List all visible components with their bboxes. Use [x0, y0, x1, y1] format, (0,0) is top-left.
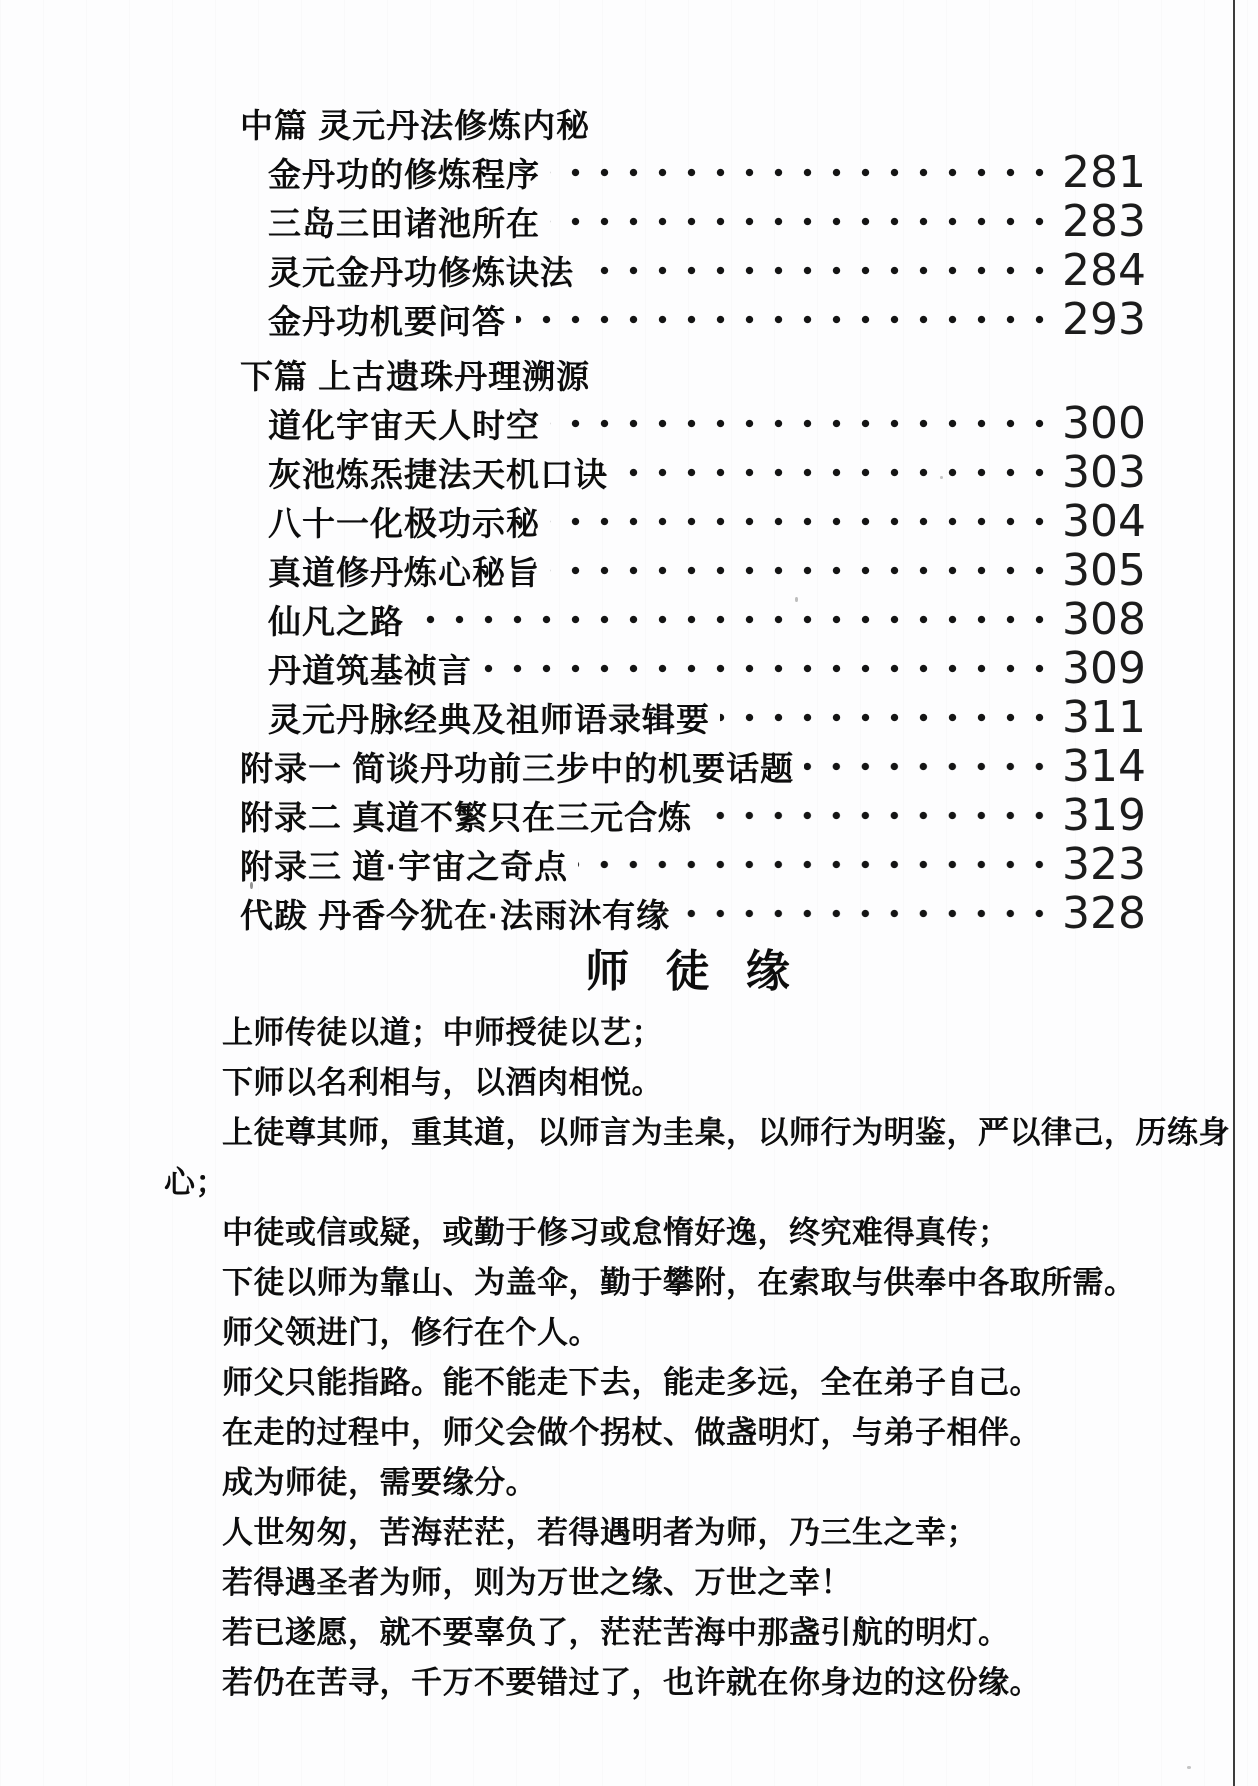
dot-leader: [680, 889, 1054, 938]
table-of-contents: 中篇 灵元丹法修炼内秘 金丹功的修炼程序 281 三岛三田诸池所在 283 灵元…: [240, 99, 1140, 938]
toc-page-number: 323: [1062, 839, 1140, 890]
toc-page-number: 308: [1062, 594, 1140, 645]
dot-leader: [804, 742, 1054, 791]
toc-section-header: 下篇 上古遗珠丹理溯源: [240, 350, 1140, 399]
toc-page-number: 328: [1062, 888, 1140, 939]
dot-leader: [578, 840, 1054, 889]
body-line: 上师传徒以道；中师授徒以艺；: [164, 1004, 1176, 1054]
toc-appendix-entry: 附录二 真道不繁只在三元合炼 319: [240, 791, 1140, 840]
dot-leader: [550, 546, 1054, 595]
toc-appendix-entry: 附录三 道·宇宙之奇点 323: [240, 840, 1140, 889]
dot-leader: [720, 693, 1054, 742]
toc-entry-title: 灵元丹脉经典及祖师语录辑要: [268, 694, 710, 741]
toc-page-number: 304: [1062, 496, 1140, 547]
toc-entry: 丹道筑基祯言 309: [240, 644, 1140, 693]
dot-leader: [550, 399, 1054, 448]
body-line: 在走的过程中，师父会做个拐杖、做盏明灯，与弟子相伴。: [164, 1404, 1176, 1454]
toc-entry-title: 丹道筑基祯言: [268, 645, 472, 692]
toc-entry-title: 附录三 道·宇宙之奇点: [240, 841, 568, 888]
toc-entry: 真道修丹炼心秘旨 305: [240, 546, 1140, 595]
toc-appendix-entry: 代跋 丹香今犹在·法雨沐有缘 328: [240, 889, 1140, 938]
dot-leader: [550, 197, 1054, 246]
toc-entry-title: 八十一化极功示秘: [268, 498, 540, 545]
page-edge-scan-line: [1233, 0, 1235, 1786]
scanned-page: 中篇 灵元丹法修炼内秘 金丹功的修炼程序 281 三岛三田诸池所在 283 灵元…: [0, 0, 1258, 1786]
toc-entry-title: 附录一 简谈丹功前三步中的机要话题: [240, 743, 794, 790]
body-line: 下徒以师为靠山、为盖伞，勤于攀附，在索取与供奉中各取所需。: [164, 1254, 1176, 1304]
toc-page-number: 303: [1062, 447, 1140, 498]
toc-page-number: 309: [1062, 643, 1140, 694]
toc-entry-title: 真道修丹炼心秘旨: [268, 547, 540, 594]
toc-page-number: 305: [1062, 545, 1140, 596]
body-line: 人世匆匆，苦海茫茫，若得遇明者为师，乃三生之幸；: [164, 1504, 1176, 1554]
toc-entry-title: 道化宇宙天人时空: [268, 400, 540, 447]
toc-entry: 道化宇宙天人时空 300: [240, 399, 1140, 448]
toc-entry: 金丹功的修炼程序 281: [240, 148, 1140, 197]
toc-page-number: 284: [1062, 245, 1140, 296]
toc-section-title: 下篇 上古遗珠丹理溯源: [240, 351, 590, 398]
toc-entry: 三岛三田诸池所在 283: [240, 197, 1140, 246]
chapter-title: 师 徒 缘: [240, 938, 1140, 996]
body-line: 若得遇圣者为师，则为万世之缘、万世之幸！: [164, 1554, 1176, 1604]
toc-entry: 灰池炼炁捷法天机口诀 303: [240, 448, 1140, 497]
toc-entry-title: 金丹功机要问答: [268, 296, 506, 343]
toc-entry: 八十一化极功示秘 304: [240, 497, 1140, 546]
body-line: 上徒尊其师，重其道，以师言为圭臬，以师行为明鉴，严以律己，历练身: [164, 1104, 1176, 1154]
toc-entry-title: 三岛三田诸池所在: [268, 198, 540, 245]
body-line: 若仍在苦寻，千万不要错过了，也许就在你身边的这份缘。: [164, 1654, 1176, 1704]
body-line: 中徒或信或疑，或勤于修习或怠惰好逸，终究难得真传；: [164, 1204, 1176, 1254]
toc-entry: 金丹功机要问答 293: [240, 295, 1140, 344]
body-line: 师父只能指路。能不能走下去，能走多远，全在弟子自己。: [164, 1354, 1176, 1404]
toc-entry-title: 金丹功的修炼程序: [268, 149, 540, 196]
toc-entry-title: 仙凡之路: [268, 596, 404, 643]
toc-section-title: 中篇 灵元丹法修炼内秘: [240, 100, 590, 147]
toc-entry: 灵元金丹功修炼诀法 284: [240, 246, 1140, 295]
toc-appendix-entry: 附录一 简谈丹功前三步中的机要话题 314: [240, 742, 1140, 791]
dot-leader: [414, 595, 1054, 644]
dot-leader: [550, 148, 1054, 197]
dot-leader: [550, 497, 1054, 546]
toc-entry-title: 灰池炼炁捷法天机口诀: [268, 449, 608, 496]
toc-entry-title: 附录二 真道不繁只在三元合炼: [240, 792, 692, 839]
toc-page-number: 314: [1062, 741, 1140, 792]
toc-entry: 仙凡之路 308: [240, 595, 1140, 644]
body-line: 下师以名利相与，以酒肉相悦。: [164, 1054, 1176, 1104]
scan-speck: [1187, 1766, 1191, 1769]
toc-page-number: 281: [1062, 147, 1140, 198]
dot-leader: [584, 246, 1054, 295]
dot-leader: [618, 448, 1054, 497]
toc-entry-title: 灵元金丹功修炼诀法: [268, 247, 574, 294]
body-text: 上师传徒以道；中师授徒以艺； 下师以名利相与，以酒肉相悦。 上徒尊其师，重其道，…: [164, 1004, 1176, 1704]
toc-entry-title: 代跋 丹香今犹在·法雨沐有缘: [240, 890, 670, 937]
toc-page-number: 311: [1062, 692, 1140, 743]
toc-page-number: 293: [1062, 294, 1140, 345]
dot-leader: [516, 295, 1054, 344]
dot-leader: [482, 644, 1054, 693]
body-line: 若已遂愿，就不要辜负了，茫茫苦海中那盏引航的明灯。: [164, 1604, 1176, 1654]
dot-leader: [702, 791, 1054, 840]
toc-page-number: 319: [1062, 790, 1140, 841]
body-line: 成为师徒，需要缘分。: [164, 1454, 1176, 1504]
body-line: 心；: [164, 1154, 1176, 1204]
body-line: 师父领进门，修行在个人。: [164, 1304, 1176, 1354]
toc-entry: 灵元丹脉经典及祖师语录辑要 311: [240, 693, 1140, 742]
toc-page-number: 283: [1062, 196, 1140, 247]
toc-page-number: 300: [1062, 398, 1140, 449]
toc-section-header: 中篇 灵元丹法修炼内秘: [240, 99, 1140, 148]
